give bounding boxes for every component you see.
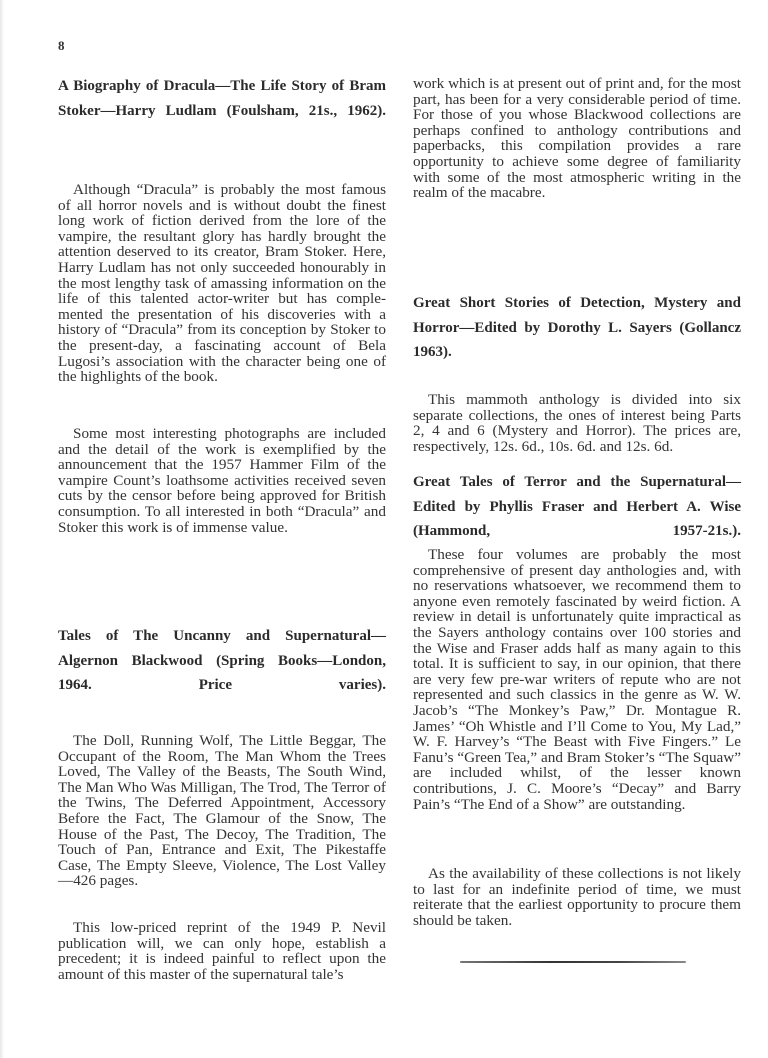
review-heading-dracula-biography: A Biography of Dracula—The Life Story of… bbox=[58, 74, 386, 123]
review-paragraph-blackwood-contents: The Doll, Running Wolf, The Little Begga… bbox=[58, 733, 386, 889]
review-paragraph-dracula-1: Although “Dracula” is probably the most … bbox=[58, 182, 386, 385]
review-paragraph-terror-2: As the availability of these collections… bbox=[413, 866, 741, 928]
review-paragraph-sayers: This mammoth anthology is divided into s… bbox=[413, 392, 741, 454]
page-edge-shadow bbox=[0, 0, 4, 1058]
review-heading-blackwood-tales: Tales of The Uncanny and Supernatural— A… bbox=[58, 624, 386, 698]
review-heading-terror-supernatural: Great Tales of Terror and the Supernatur… bbox=[413, 470, 741, 544]
page-number: 8 bbox=[58, 38, 65, 54]
review-paragraph-dracula-2: Some most interesting photographs are in… bbox=[58, 426, 386, 535]
review-paragraph-blackwood-continued: work which is at present out of print an… bbox=[413, 76, 741, 201]
review-paragraph-terror-1: These four volumes are probably the most… bbox=[413, 547, 741, 812]
review-heading-sayers-anthology: Great Short Stories of Detection, Myster… bbox=[413, 291, 741, 365]
review-paragraph-blackwood-reprint: This low-priced reprint of the 1949 P. N… bbox=[58, 920, 386, 982]
section-end-divider bbox=[460, 961, 686, 963]
